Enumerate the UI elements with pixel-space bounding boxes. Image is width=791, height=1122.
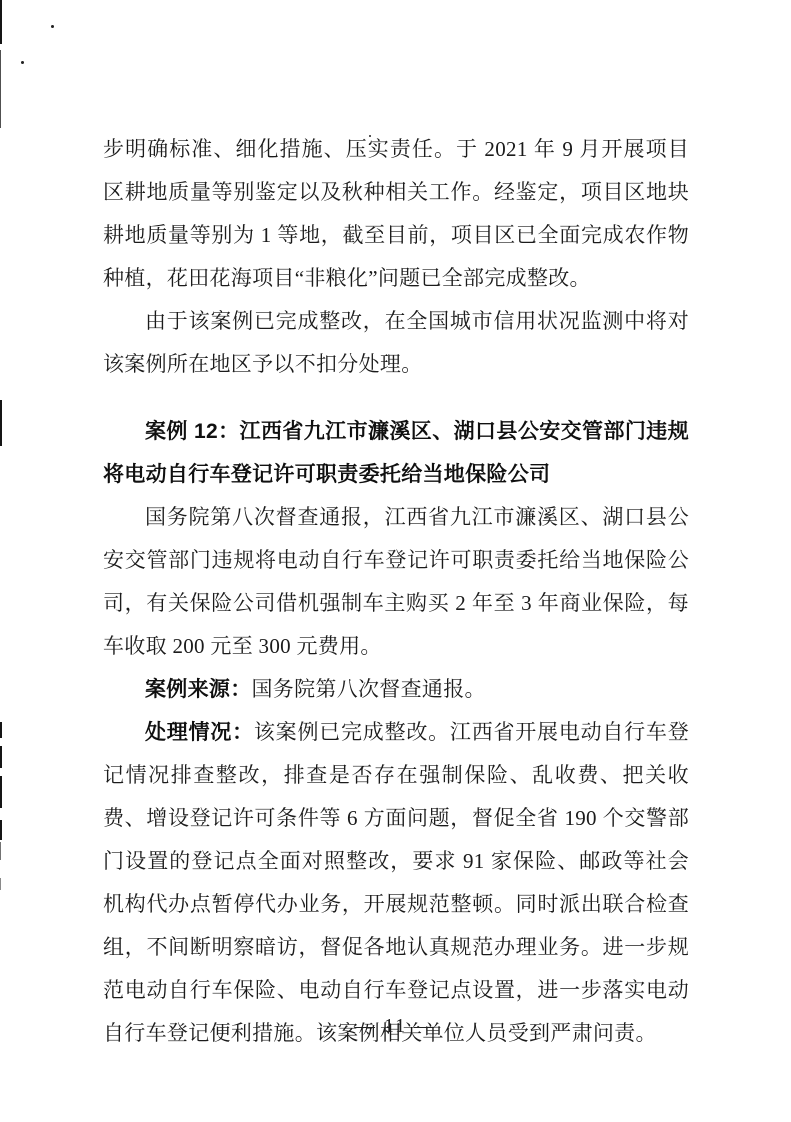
scan-speck-artifact xyxy=(21,61,24,64)
scan-edge-artifact xyxy=(0,722,2,738)
scan-edge-artifact xyxy=(0,820,2,840)
document-content: 步明确标准、细化措施、压实责任。于 2021 年 9 月开展项目区耕地质量等别鉴… xyxy=(103,128,689,1055)
scan-edge-artifact xyxy=(0,842,1,860)
paragraph-case-source: 案例来源：国务院第八次督查通报。 xyxy=(103,668,689,711)
case-source-text: 国务院第八次督查通报。 xyxy=(252,677,486,701)
page-footer: — 11 — xyxy=(0,1013,791,1039)
scan-edge-artifact xyxy=(0,400,2,446)
page-number: — 11 — xyxy=(355,1015,436,1037)
case-heading: 案例 12：江西省九江市濂溪区、湖口县公安交管部门违规将电动自行车登记许可职责委… xyxy=(103,410,689,496)
paragraph-conclusion: 由于该案例已完成整改，在全国城市信用状况监测中将对该案例所在地区予以不扣分处理。 xyxy=(103,300,689,386)
scan-speck-artifact xyxy=(51,25,54,28)
scan-edge-artifact xyxy=(0,0,2,44)
scan-edge-artifact xyxy=(0,746,2,768)
scan-edge-artifact xyxy=(0,776,2,808)
paragraph-case-summary: 国务院第八次督查通报，江西省九江市濂溪区、湖口县公安交管部门违规将电动自行车登记… xyxy=(103,496,689,668)
paragraph-continuation: 步明确标准、细化措施、压实责任。于 2021 年 9 月开展项目区耕地质量等别鉴… xyxy=(103,128,689,300)
scan-edge-artifact xyxy=(0,50,1,128)
case-source-label: 案例来源： xyxy=(145,678,252,701)
case-handling-text: 该案例已完成整改。江西省开展电动自行车登记情况排查整改，排查是否存在强制保险、乱… xyxy=(103,720,689,1045)
case-handling-label: 处理情况： xyxy=(145,721,254,744)
scan-edge-artifact xyxy=(0,878,1,890)
paragraph-case-handling: 处理情况：该案例已完成整改。江西省开展电动自行车登记情况排查整改，排查是否存在强… xyxy=(103,711,689,1055)
scanned-document-page: 步明确标准、细化措施、压实责任。于 2021 年 9 月开展项目区耕地质量等别鉴… xyxy=(0,0,791,1122)
